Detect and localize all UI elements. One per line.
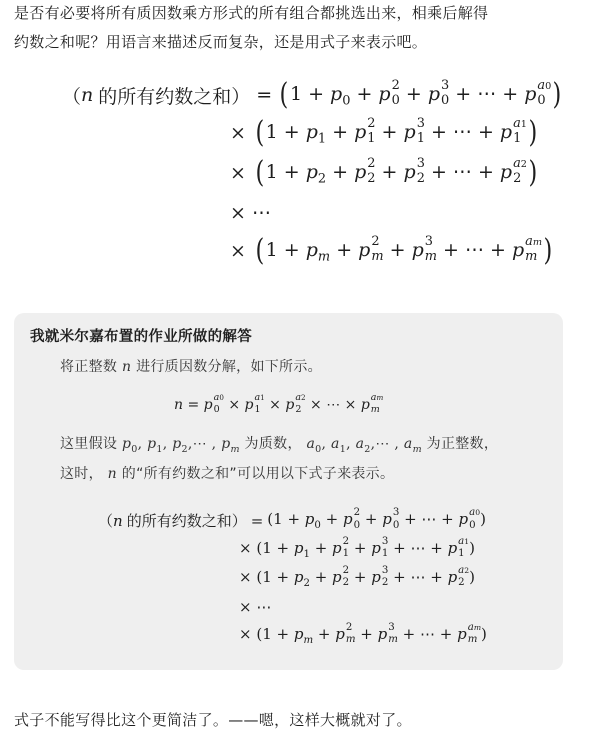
lhs-close-paren: ） [232,510,247,531]
outro-paragraph: 式子不能写得比这个更简洁了。——嗯，这样大概就对了。 [14,706,584,735]
lhs-var-n: n [81,84,93,106]
times-sign: × [230,162,246,184]
equals-sign: = [251,512,264,530]
sum-1: × (1 + p1 + p21 + p31 + ⋯ + pa11) [239,539,475,559]
main-eq-row-0: （n的所有约数之和） = ( 1 + p0 + p20 + p30 + ⋯ + … [62,80,563,110]
answer-box: 我就米尔嘉布置的作业所做的解答 将正整数 n 进行质因数分解，如下所示。 n =… [14,313,563,670]
sum-2: × (1 + p2 + p22 + p32 + ⋯ + pa22) [239,568,475,588]
lhs-text: 的所有约数之和 [98,82,231,109]
sum-m: × (1 + pm + p2m + p3m + ⋯ + pamm) [239,625,487,645]
open-paren: ( [280,80,289,110]
box-eq-row-ellipsis: × ⋯ [239,598,271,616]
times-sign: × [230,122,246,144]
equals-sign: = [256,84,272,106]
lhs-var-n: n [113,512,123,530]
close-paren: ) [544,236,553,266]
sum-0: 1 + p0 + p20 + p30 + ⋯ + pa00 [290,82,551,108]
open-paren: ( [255,118,264,148]
lhs-close-paren: ） [231,82,250,109]
box-eq-row-1: × (1 + p1 + p21 + p31 + ⋯ + pa11) [239,539,475,559]
close-paren: ) [528,158,537,188]
times-sign: × [230,240,246,262]
main-eq-row-2: × ( 1 + p2 + p22 + p32 + ⋯ + pa22 ) [230,158,539,188]
sum-0: (1 + p0 + p20 + p30 + ⋯ + pa00) [267,510,486,530]
box-eq-row-0: （n的所有约数之和） = (1 + p0 + p20 + p30 + ⋯ + p… [98,510,486,531]
main-equation: （n的所有约数之和） = ( 1 + p0 + p20 + p30 + ⋯ + … [0,0,595,290]
times-ellipsis: × ⋯ [239,598,271,616]
box-equation: （n的所有约数之和） = (1 + p0 + p20 + p30 + ⋯ + p… [14,313,563,670]
main-eq-row-1: × ( 1 + p1 + p21 + p31 + ⋯ + pa11 ) [230,118,539,148]
sum-2: 1 + p2 + p22 + p32 + ⋯ + pa22 [266,160,527,186]
close-paren: ) [528,118,537,148]
lhs-open-paren: （ [98,510,113,531]
lhs-text: 的所有约数之和 [127,510,232,531]
main-eq-row-ellipsis: × ⋯ [230,202,271,224]
sum-m: 1 + pm + p2m + p3m + ⋯ + pamm [266,238,542,264]
box-eq-row-2: × (1 + p2 + p22 + p32 + ⋯ + pa22) [239,568,475,588]
main-eq-row-m: × ( 1 + pm + p2m + p3m + ⋯ + pamm ) [230,236,554,266]
open-paren: ( [255,236,264,266]
box-eq-row-m: × (1 + pm + p2m + p3m + ⋯ + pamm) [239,625,487,645]
open-paren: ( [255,158,264,188]
sum-1: 1 + p1 + p21 + p31 + ⋯ + pa11 [266,120,527,146]
times-ellipsis: × ⋯ [230,202,271,224]
close-paren: ) [553,80,562,110]
lhs-open-paren: （ [62,82,81,109]
